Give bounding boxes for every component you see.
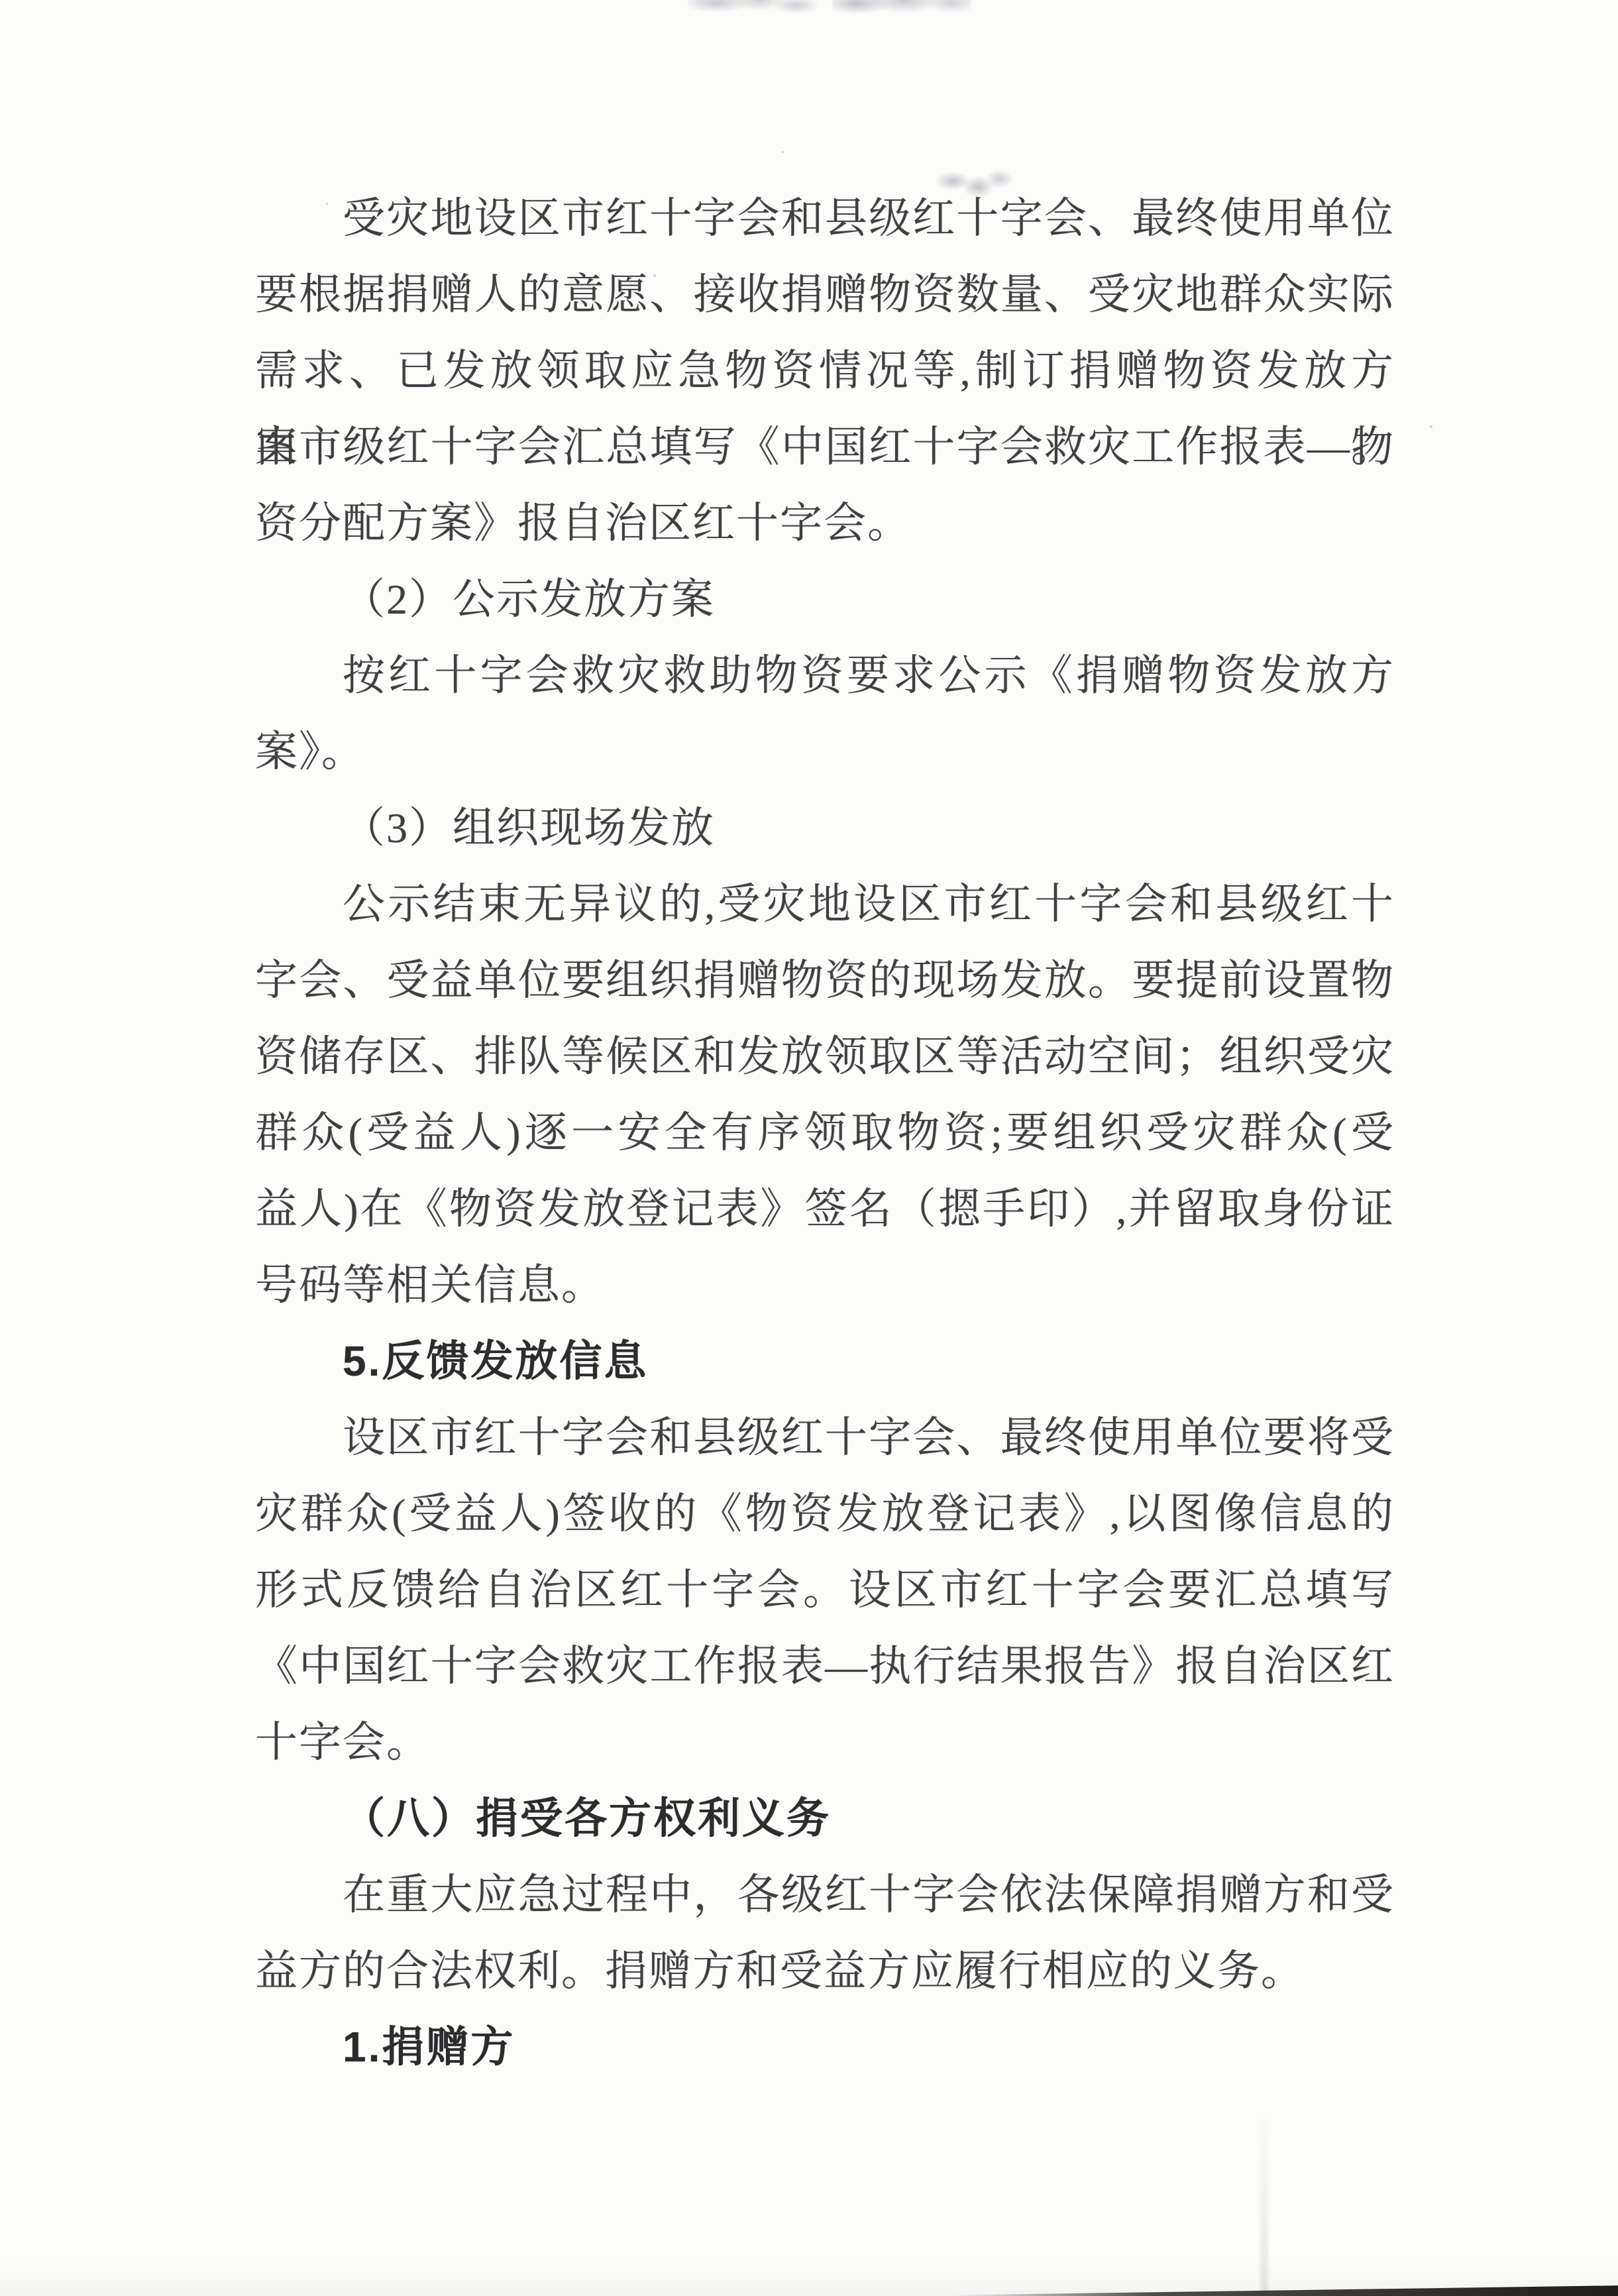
text-line: 案》。 [255,714,1395,790]
text-line: 设区市红十字会和县级红十字会、最终使用单位要将受 [255,1399,1395,1476]
scan-smudge [688,0,817,24]
text-line: 资储存区、排队等候区和发放领取区等活动空间；组织受灾 [255,1018,1395,1095]
text-line: 群众(受益人)逐一安全有序领取物资;要组织受灾群众(受 [255,1095,1395,1171]
scanned-page: 受灾地设区市红十字会和县级红十字会、最终使用单位要根据捐赠人的意愿、接收捐赠物资… [0,0,1618,2296]
scan-edge-shadow [954,2284,1618,2296]
text-line: 益人)在《物资发放登记表》签名（摁手印）,并留取身份证 [255,1171,1395,1247]
text-line: 资分配方案》报自治区红十字会。 [255,485,1395,561]
text-line: 形式反馈给自治区红十字会。设区市红十字会要汇总填写 [255,1552,1395,1628]
text-line: （3）组织现场发放 [255,790,1395,866]
text-line: 《中国红十字会救灾工作报表—执行结果报告》报自治区红 [255,1628,1395,1704]
text-line: 灾群众(受益人)签收的《物资发放登记表》,以图像信息的 [255,1476,1395,1552]
text-line: 号码等相关信息。 [255,1247,1395,1323]
scan-speck [1430,425,1432,428]
scan-streak [1260,2110,1268,2296]
text-line: （2）公示发放方案 [255,561,1395,637]
text-line: 要根据捐赠人的意愿、接收捐赠物资数量、受灾地群众实际 [255,256,1395,333]
text-line: （八）捐受各方权利义务 [255,1780,1395,1857]
scan-haze [0,2258,1618,2296]
document-text: 受灾地设区市红十字会和县级红十字会、最终使用单位要根据捐赠人的意愿、接收捐赠物资… [255,180,1395,2085]
text-line: 益方的合法权利。捐赠方和受益方应履行相应的义务。 [255,1933,1395,2009]
text-line: 字会、受益单位要组织捐赠物资的现场发放。要提前设置物 [255,942,1395,1018]
text-line: 需求、已发放领取应急物资情况等,制订捐赠物资发放方案。 [255,333,1395,409]
text-line: 十字会。 [255,1704,1395,1780]
text-line: 5.反馈发放信息 [255,1323,1395,1399]
text-line: 1.捐赠方 [255,2009,1395,2085]
text-line: 受灾地设区市红十字会和县级红十字会、最终使用单位 [255,180,1395,256]
text-line: 由市级红十字会汇总填写《中国红十字会救灾工作报表—物 [255,409,1395,485]
scan-smudge [832,0,971,27]
text-line: 公示结束无异议的,受灾地设区市红十字会和县级红十 [255,866,1395,942]
text-line: 在重大应急过程中，各级红十字会依法保障捐赠方和受 [255,1857,1395,1933]
scan-speck [782,151,784,153]
text-line: 按红十字会救灾救助物资要求公示《捐赠物资发放方 [255,637,1395,714]
